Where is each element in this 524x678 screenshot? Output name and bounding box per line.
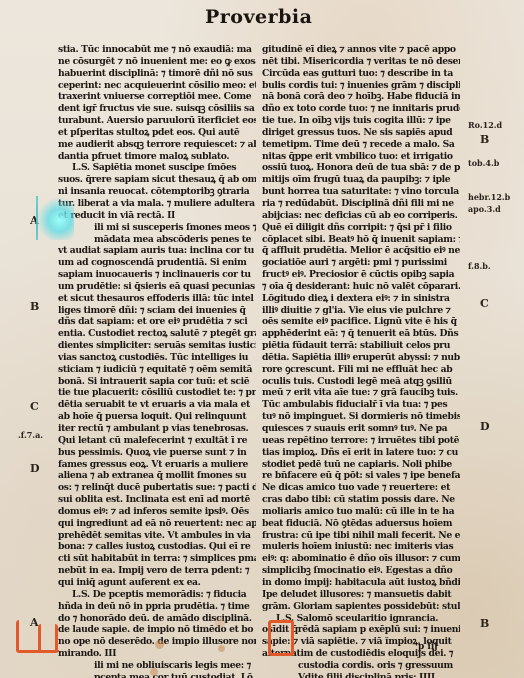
text-line: ne cōsurgēt ⁊ nō inuenient me: eo ꝙ exos… [58, 56, 256, 68]
text-line: sticiam ⁊ iudiciū ⁊ equitatē ⁊ oēm semit… [58, 364, 256, 376]
text-line: dent igr̄ fructus vie sue. suisqꝫ cōsili… [58, 103, 256, 115]
margin-note: B [480, 133, 489, 146]
text-line: moliaris amico tuo malū: cū ille in te h… [262, 506, 460, 518]
text-line: dño ex toto corde tuo: ⁊ ne innitaris pr… [262, 103, 460, 115]
margin-note: B [30, 300, 39, 313]
text-line: tias impioꝝ. Dñs eī erit in latere tuo: … [262, 447, 460, 459]
text-line: tuꝰ nō impinguet. Si dormieris nō timebi… [262, 411, 460, 423]
text-line: ueas repētino terrore: ⁊ irruētes tibi p… [262, 435, 460, 447]
text-line: do ⁊ honorādo deū. de amādo disciplinā. [58, 613, 256, 625]
margin-note: C [30, 400, 39, 413]
text-line: Qui letant cū malefecerint ⁊ exultāt ī r… [58, 435, 256, 447]
text-line: mitijs oīm frugū tuaꝝ da paupibꝫ: ⁊ iple [262, 174, 460, 186]
margin-note: .f.7.a. [18, 430, 43, 440]
text-line: L.S. Sapiētia monet suscipe ſmōes [58, 162, 256, 174]
foxing-stain [215, 618, 225, 628]
text-line: tie tue. In oībꝫ vijs tuis cogita illū: … [262, 115, 460, 127]
text-line: L.S. De pceptis memorādis: ⁊ fiducia [58, 589, 256, 601]
text-line: sapiam inuocaueris ⁊ inclinaueris cor tu [58, 269, 256, 281]
text-line: ili mi si susceperis ſmones meos ⁊ [58, 222, 256, 234]
text-line: fructꝰ eiꝰ. Preciosior ē cūctis opibꝫ sa… [262, 269, 460, 281]
foxing-stain [105, 318, 110, 323]
text-line: temetipm. Time deū ⁊ recede a malo. Sa [262, 139, 460, 151]
text-line: os: ⁊ relinq̄t ducē pubertatis sue: ⁊ pa… [58, 482, 256, 494]
text-line: diriget gressus tuos. Ne sis sapiēs apud [262, 127, 460, 139]
running-title: Proverbia [205, 6, 312, 28]
text-line: cti sūt habitabūt in terra: ⁊ simplices … [58, 553, 256, 565]
manuscript-page: Proverbia stia. Tūc innocabūt me ⁊ nō ex… [0, 0, 524, 678]
text-line: nā bonā corā deo ⁊ hoībꝫ. Habe fiduciā i… [262, 91, 460, 103]
text-line: nebūt in ea. Impij vero de terra pdent: … [58, 565, 256, 577]
text-line: frustra: cū ipe tibi nihil mali fecerit.… [262, 530, 460, 542]
text-line: qui ingrediunt ad eā nō reuertent: nec a… [58, 518, 256, 530]
text-line: Tūc ambulabis fiducialr̄ ī via tua: ⁊ pe… [262, 399, 460, 411]
text-line: fames gressus eoꝝ. Vt eruaris a muliere [58, 459, 256, 471]
margin-note: D [480, 420, 490, 433]
text-line: piētia fūdauit terrā: stabiliuit celos p… [262, 340, 460, 352]
text-line: prehēdēt semitas vite. Vt ambules in via [58, 530, 256, 542]
decorated-initial-blue [36, 196, 74, 240]
text-line: vt audiat sapiam auris tua: inclina cor … [58, 245, 256, 257]
text-line: Vdite filij disciplinā pris: IIII [262, 672, 460, 678]
text-line: cras dabo tibi: cū statim possis dare. N… [262, 494, 460, 506]
text-line: iter rectū ⁊ ambulant p vias tenebrosas. [58, 423, 256, 435]
text-line: Ipe deludet illusores: ⁊ mansuetis dabit [262, 589, 460, 601]
margin-note: D [30, 462, 40, 475]
text-line: cōplacet sibi. Beatꝰ hō q̄ inuenit sapia… [262, 234, 460, 246]
text-line: dētia seruabit te vt eruaris a via mala … [58, 399, 256, 411]
text-line: ni insania reuocat. cōtemptoribꝫ ꝯtraria [58, 186, 256, 198]
signature-mark: p iij [418, 642, 438, 652]
text-line: gociatiōe auri ⁊ argēti: pmi ⁊ purissimi [262, 257, 460, 269]
text-line: rore ꝯcrescunt. Fili mi ne effluāt hec a… [262, 364, 460, 376]
text-line: re bn̄facere eū q̄ pōt: si vales ⁊ ipe b… [262, 470, 460, 482]
text-line: ⁊ oīa q̄ desiderant: huic nō valēt cōpar… [262, 281, 460, 293]
text-line: in domo impij: habitacula aūt iustoꝝ bñd… [262, 577, 460, 589]
margin-note: B [480, 617, 489, 630]
text-line: habuerint disciplinā: ⁊ timorē dñi nō su… [58, 68, 256, 80]
foxing-stain [150, 668, 158, 676]
text-line: bus pessimis. Quoꝝ vie puerse sunt ⁊ in [58, 447, 256, 459]
text-line: liges timorē dñi: ⁊ sciam dei inuenies q… [58, 305, 256, 317]
foxing-stain [218, 645, 225, 652]
text-line: muleris hoīem iniustū: nec imiteris vias [262, 541, 460, 553]
text-line: traxerint vniuerse correptiōi mee. Come [58, 91, 256, 103]
text-line: hñda in deū nō in ppria prudētia. ⁊ time [58, 601, 256, 613]
text-line: beat fiduciā. Nō ꝯtēdas aduersus hoīem [262, 518, 460, 530]
margin-note: f.8.b. [468, 261, 491, 271]
text-line: custodia cordis. oris ⁊ gressuum [262, 660, 460, 672]
text-line: gitudinē eī dieꝝ ⁊ annos vite ⁊ pacē app… [262, 44, 460, 56]
text-line: um ad cognoscendā prudentiā. Si enim [58, 257, 256, 269]
text-line: illiꝰ diuitie ⁊ gl'ia. Vie eius vie pulc… [262, 305, 460, 317]
text-line: qui iniq̄ agunt auferent ex ea. [58, 577, 256, 589]
text-line: domus eiꝰ: ⁊ ad inferos semite ipsiꝰ. Oē… [58, 506, 256, 518]
text-line: aliena ⁊ ab extranea q̄ mollit ſmones su [58, 470, 256, 482]
text-line: et pſperitas stultoꝝ pdet eos. Qui autē [58, 127, 256, 139]
text-line: et reducit in viā rectā. II [58, 210, 256, 222]
foxing-stain [155, 640, 164, 649]
text-line: meū ⁊ erit vita aīe tue: ⁊ grā faucibꝫ t… [262, 387, 460, 399]
right-text-column: gitudinē eī dieꝝ ⁊ annos vite ⁊ pacē app… [262, 44, 460, 678]
text-line: um prudētie: si q̄sieris eā quasi pecuni… [58, 281, 256, 293]
text-line: turabunt. Auersio paruulorū īterficiet e… [58, 115, 256, 127]
decorated-initial-red-right [268, 620, 294, 656]
text-line: Circūda eas gutturi tuo: ⁊ describe in t… [262, 68, 460, 80]
text-line: suos. q̄rere sapiam sicut thesauꝝ q̄ ab … [58, 174, 256, 186]
text-line: eiꝰ: q: abominatio ē dño oīs illusor: ⁊ … [262, 553, 460, 565]
margin-note: tob.4.b [468, 158, 499, 168]
text-line: simplicibꝫ ſmocinatio eiꝰ. Egestas a dño [262, 565, 460, 577]
text-line: bonā. Si intrauerit sapia cor tuū: et sc… [58, 376, 256, 388]
text-line: Lōgitudo dieꝝ i dextera eiꝰ: ⁊ in sinist… [262, 293, 460, 305]
left-text-column: stia. Tūc innocabūt me ⁊ nō exaudiā: man… [58, 44, 256, 678]
text-line: mirando. III [58, 648, 256, 660]
text-line: oculis tuis. Custodi legē meā atqꝫ ꝯsili… [262, 376, 460, 388]
margin-note: apo.3.d [468, 204, 501, 214]
margin-note: hebr.12.b [468, 192, 510, 202]
text-line: mādata mea abscōderis penes te [58, 234, 256, 246]
text-line: ria ⁊ redūdabūt. Disciplinā dñi fili mi … [262, 198, 460, 210]
text-line: tie tue placuerit: cōsiliū custodiet te:… [58, 387, 256, 399]
text-line: dientes simpliciter: seruās semitas iust… [58, 340, 256, 352]
text-line: ab hoīe q̄ puersa loquit. Qui relinquunt [58, 411, 256, 423]
text-line: entia. Custodiet rectoꝝ salutē ⁊ ptegēt … [58, 328, 256, 340]
text-line: ossiū tuoꝝ. Honora deū de tua sbā: ⁊ de … [262, 162, 460, 174]
text-line: ceperint: nec acquieuerint cōsilio meo: … [58, 80, 256, 92]
text-line: stia. Tūc innocabūt me ⁊ nō exaudiā: ma [58, 44, 256, 56]
text-line: de laude sapie. de impio nō timēdo et bo [58, 624, 256, 636]
text-line: sui oblita est. Inclinata est enī ad mor… [58, 494, 256, 506]
text-line: Ne dicas amico tuo vade ⁊ reuertere: et [262, 482, 460, 494]
text-line: oēs semite eiꝰ pacifice. Lignū vite ē hi… [262, 316, 460, 328]
text-line: apphēderint eā: ⁊ q̄ tenuerit eā btūs. D… [262, 328, 460, 340]
text-line: me audierit absqꝫ terrore requiescet: ⁊ … [58, 139, 256, 151]
margin-note: Ro.12.d [468, 120, 502, 130]
text-line: bulis cordis tui: ⁊ inuenies grām ⁊ disc… [262, 80, 460, 92]
text-line: abijcias: nec deficias cū ab eo corriper… [262, 210, 460, 222]
text-line: dñs dat sapiam: et ore eiꝰ prudētia ⁊ sc… [58, 316, 256, 328]
text-line: nēt tibi. Misericordia ⁊ veritas te nō d… [262, 56, 460, 68]
text-line: grām. Gloriam sapientes possidebūt: stul… [262, 601, 460, 613]
text-line: Quē eī diligit dñs corripit: ⁊ q̄si pr̄ … [262, 222, 460, 234]
decorated-initial-red-left-stroke [38, 624, 58, 652]
text-line: dantia pfruet timore maloꝝ sublato. [58, 151, 256, 163]
text-line: tur. liberat a via mala. ⁊ muliere adult… [58, 198, 256, 210]
text-line: dētia. Sapiētia illiꝰ eruperūt abyssi: ⁊… [262, 352, 460, 364]
text-line: vias sanctoꝝ custodiēs. Tūc intelliges i… [58, 352, 256, 364]
margin-note: C [480, 297, 489, 310]
text-line: bunt horrea tua saturitate: ⁊ vino torcu… [262, 186, 460, 198]
text-line: q̄ affluit prudētia. Melior ē acq̄sitio … [262, 245, 460, 257]
text-line: bona: ⁊ calles iustoꝝ custodias. Qui eī … [58, 541, 256, 553]
text-line: nitas q̄ppe erit vmbilico tuo: et irriga… [262, 151, 460, 163]
text-line: stodiet pedē tuū ne capiaris. Noli phibe [262, 459, 460, 471]
text-line: et sicut thesauros effoderis illā: tūc i… [58, 293, 256, 305]
text-line: quiesces ⁊ suauis erit somnꝰ tuꝰ. Ne pa [262, 423, 460, 435]
